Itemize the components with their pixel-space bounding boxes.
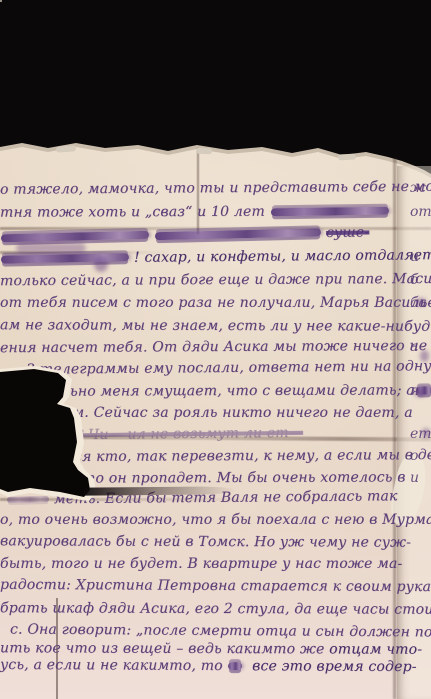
handwritten-line: то он пропадет. Мы бы очень хотелось в xyxy=(82,469,406,487)
handwritten-text: с. Она говорит: „после смерти отца и сын… xyxy=(10,622,431,641)
handwritten-text: суше- xyxy=(326,224,369,241)
ink-smudge xyxy=(416,298,426,306)
handwritten-line: ! сахар, и конфеты, и масло отдаляет, и xyxy=(0,247,431,268)
handwritten-line: ьно меня смущает, что с вещами делать; а xyxy=(70,382,431,400)
handwritten-text: брать шкаф дяди Асика, его 2 стула, да е… xyxy=(0,600,431,618)
handwritten-line: ам не заходит, мы не знаем, есть ли у не… xyxy=(0,317,431,335)
handwritten-line: ? Чи— ил не возьмут ли ет— xyxy=(76,425,303,444)
handwritten-line: от тебя писем с того раза не получали, М… xyxy=(0,295,431,312)
handwritten-line: усь, а если и не какимто, то все это вре… xyxy=(0,657,417,676)
handwritten-text: все это время содер- xyxy=(247,658,416,675)
handwritten-line: тня тоже хоть и „сваз“ и 10 лет xyxy=(0,203,394,221)
handwritten-line: брать шкаф дяди Асика, его 2 стула, да е… xyxy=(0,600,431,618)
fold-text-fragment: б xyxy=(410,272,419,289)
handwritten-line: быть, того и не будет. В квартире у нас … xyxy=(0,556,402,573)
handwritten-text: отцам что- xyxy=(329,641,422,657)
letter-photograph: о тяжело, мамочка, что ты и представить … xyxy=(0,0,431,699)
handwritten-text: ения насчет тебя. От дяди Асика мы тоже … xyxy=(0,338,431,356)
crossed-out-scribble xyxy=(271,207,389,217)
fold-text-fragment: и xyxy=(410,470,419,487)
handwritten-line: 3 телеграммы ему послали, ответа нет ни … xyxy=(26,358,431,378)
handwritten-text: ьно меня смущает, что с вещами делать; а xyxy=(70,382,415,399)
fold-text-fragment: а xyxy=(410,339,418,356)
handwritten-text: ? Чи— ил не возьмут ли ет— xyxy=(76,425,303,443)
handwritten-line: ить кое что из вещей – ведь какимто же о… xyxy=(0,640,422,658)
handwritten-text: о, то очень возможно, что я бы поехала с… xyxy=(0,512,431,528)
handwritten-line: с. Она говорит: „после смерти отца и сын… xyxy=(10,622,431,642)
handwritten-text: 3 телеграммы ему послали, ответа нет ни … xyxy=(26,358,431,378)
handwritten-text: радости: Христина Петровна старается к с… xyxy=(0,577,431,595)
handwritten-line: ся кто, так перевезти, к нему, а если мы… xyxy=(74,447,431,466)
crossed-out-scribble xyxy=(7,496,49,503)
handwritten-line: только сейчас, а и при боге еще и даже п… xyxy=(0,271,431,290)
crossed-out-scribble xyxy=(228,662,242,670)
crossed-out-scribble xyxy=(155,228,321,240)
handwritten-text: то он пропадет. Мы бы очень хотелось в xyxy=(82,469,406,486)
crossed-out-scribble xyxy=(1,253,129,263)
handwritten-text: сахар, и конфеты, и масло отдаляет, xyxy=(144,247,431,266)
handwritten-text: ем. Сейчас за рояль никто ничего не дает… xyxy=(64,405,413,421)
handwritten-line: ения насчет тебя. От дяди Асика мы тоже … xyxy=(0,338,431,357)
handwritten-line: радости: Христина Петровна старается к с… xyxy=(0,577,431,596)
handwriting-layer: о тяжело, мамочка, что ты и представить … xyxy=(0,0,431,699)
fold-text-fragment: и xyxy=(410,249,419,266)
handwritten-line: вакуировалась бы с ней в Томск. Но уж че… xyxy=(0,533,411,551)
handwritten-text: ить кое что из вещей – ведь какимто же xyxy=(0,640,329,657)
handwritten-text: вакуировалась бы с ней в Томск. Но уж че… xyxy=(0,533,411,550)
fold-text-fragment: ж xyxy=(410,180,426,197)
fold-text-fragment: от xyxy=(410,204,431,221)
handwritten-text: ам не заходит, мы не знаем, есть ли у не… xyxy=(0,317,431,335)
handwritten-text: только сейчас, а и при боге еще и даже п… xyxy=(0,271,431,289)
handwritten-text: от тебя писем с того раза не получали, М… xyxy=(0,295,431,311)
handwritten-line: суше- xyxy=(0,224,369,246)
ink-smudge xyxy=(414,388,426,397)
handwritten-line: о, то очень возможно, что я бы поехала с… xyxy=(0,512,431,529)
ink-smudge xyxy=(420,350,429,362)
handwritten-text: тня тоже хоть и „сваз“ и 10 лет xyxy=(0,204,270,221)
handwritten-text: о тяжело, мамочка, что ты и представить … xyxy=(0,178,431,198)
handwritten-line: ем. Сейчас за рояль никто ничего не дает… xyxy=(64,405,413,422)
handwritten-line: о тяжело, мамочка, что ты и представить … xyxy=(0,178,431,198)
crossed-out-scribble xyxy=(1,231,149,243)
fold-text-fragment: о xyxy=(410,448,418,465)
handwritten-text: быть, того и не будет. В квартире у нас … xyxy=(0,556,402,572)
ink-smudge xyxy=(422,428,430,438)
handwritten-text: ся кто, так перевезти, к нему, а если мы… xyxy=(74,447,431,465)
handwritten-text: усь, а если и не какимто, то xyxy=(0,657,228,674)
